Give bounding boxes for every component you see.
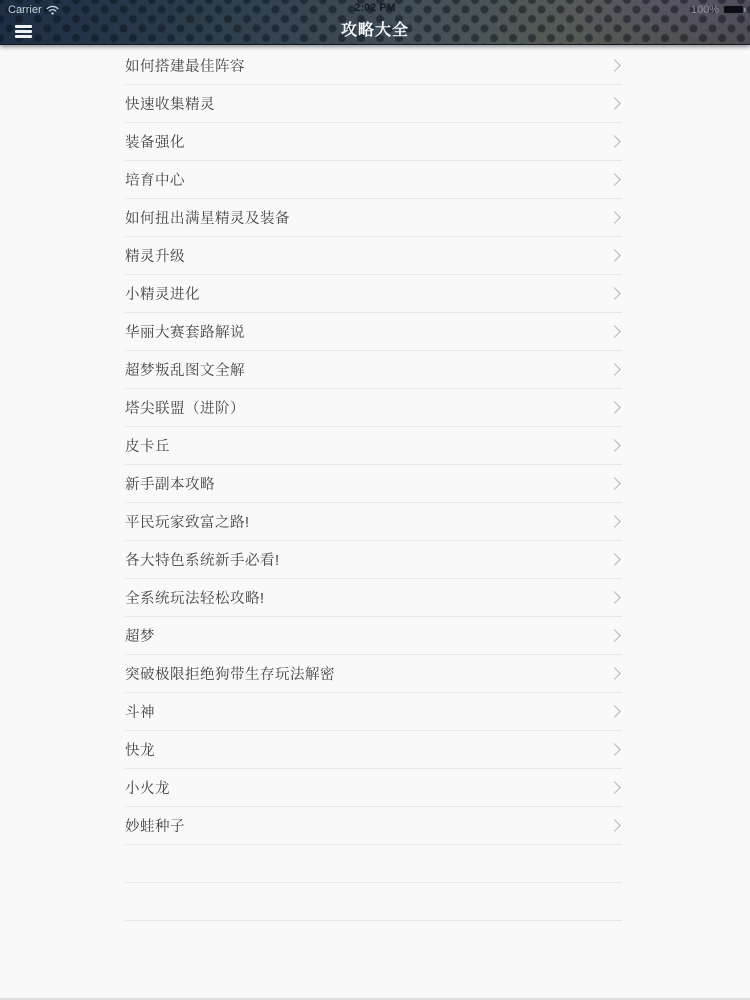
content-area: 如何搭建最佳阵容快速收集精灵装备强化培育中心如何扭出满星精灵及装备精灵升级小精灵… [0,45,750,1000]
page-title: 攻略大全 [0,19,750,42]
chevron-right-icon [608,667,621,680]
app-header: Carrier 2:02 PM 100% 攻略大全 [0,0,750,45]
chevron-right-icon [608,515,621,528]
chevron-right-icon [608,135,621,148]
list-item[interactable]: 小火龙 [125,769,622,807]
app-screen: Carrier 2:02 PM 100% 攻略大全 如何搭建最佳阵容快速收集精灵… [0,0,750,1000]
chevron-right-icon [608,743,621,756]
status-bar: Carrier 2:02 PM 100% [0,0,750,19]
chevron-right-icon [608,629,621,642]
chevron-right-icon [608,781,621,794]
list-item[interactable]: 塔尖联盟（进阶） [125,389,622,427]
list-item-label: 华丽大赛套路解说 [125,321,245,342]
list-item-label: 皮卡丘 [125,435,170,456]
chevron-right-icon [608,477,621,490]
chevron-right-icon [608,401,621,414]
list-item[interactable]: 精灵升级 [125,237,622,275]
list-item[interactable]: 各大特色系统新手必看! [125,541,622,579]
battery-tip [744,8,746,12]
chevron-right-icon [608,249,621,262]
list-item-label: 斗神 [125,701,155,722]
empty-row [125,883,622,921]
list-item-label: 妙蛙种子 [125,815,185,836]
list-item-label: 超梦叛乱图文全解 [125,359,245,380]
list-item[interactable]: 突破极限拒绝狗带生存玩法解密 [125,655,622,693]
chevron-right-icon [608,325,621,338]
list-item-label: 如何搭建最佳阵容 [125,55,245,76]
chevron-right-icon [608,553,621,566]
list-item-label: 快速收集精灵 [125,93,215,114]
status-right: 100% [691,0,744,19]
list-item[interactable]: 超梦 [125,617,622,655]
list-item[interactable]: 全系统玩法轻松攻略! [125,579,622,617]
list-item-label: 突破极限拒绝狗带生存玩法解密 [125,663,335,684]
list-item-label: 新手副本攻略 [125,473,215,494]
chevron-right-icon [608,211,621,224]
list-item-label: 超梦 [125,625,155,646]
chevron-right-icon [608,287,621,300]
list-item-label: 培育中心 [125,169,185,190]
list-item-label: 小火龙 [125,777,170,798]
chevron-right-icon [608,439,621,452]
list-item-label: 装备强化 [125,131,185,152]
battery-percent-label: 100% [691,4,719,16]
list-item[interactable]: 如何扭出满星精灵及装备 [125,199,622,237]
list-item[interactable]: 斗神 [125,693,622,731]
list-item[interactable]: 新手副本攻略 [125,465,622,503]
list-item[interactable]: 平民玩家致富之路! [125,503,622,541]
chevron-right-icon [608,59,621,72]
time-label: 2:02 PM [0,0,750,17]
chevron-right-icon [608,173,621,186]
list-item-label: 全系统玩法轻松攻略! [125,587,265,608]
list-item-label: 如何扭出满星精灵及装备 [125,207,290,228]
empty-row [125,845,622,883]
list-item[interactable]: 如何搭建最佳阵容 [125,47,622,85]
battery-icon [723,5,744,14]
list-item[interactable]: 装备强化 [125,123,622,161]
list-item[interactable]: 妙蛙种子 [125,807,622,845]
list-item[interactable]: 培育中心 [125,161,622,199]
chevron-right-icon [608,705,621,718]
list-item-label: 小精灵进化 [125,283,200,304]
list-item[interactable]: 华丽大赛套路解说 [125,313,622,351]
chevron-right-icon [608,819,621,832]
list-item-label: 平民玩家致富之路! [125,511,250,532]
list-item-label: 各大特色系统新手必看! [125,549,280,570]
chevron-right-icon [608,363,621,376]
nav-bar: 攻略大全 [0,19,750,44]
list-item[interactable]: 超梦叛乱图文全解 [125,351,622,389]
list-item[interactable]: 小精灵进化 [125,275,622,313]
chevron-right-icon [608,97,621,110]
list-item[interactable]: 皮卡丘 [125,427,622,465]
guide-list: 如何搭建最佳阵容快速收集精灵装备强化培育中心如何扭出满星精灵及装备精灵升级小精灵… [125,47,622,921]
list-item-label: 快龙 [125,739,155,760]
list-item[interactable]: 快龙 [125,731,622,769]
list-item-label: 精灵升级 [125,245,185,266]
list-item-label: 塔尖联盟（进阶） [125,397,245,418]
chevron-right-icon [608,591,621,604]
list-item[interactable]: 快速收集精灵 [125,85,622,123]
